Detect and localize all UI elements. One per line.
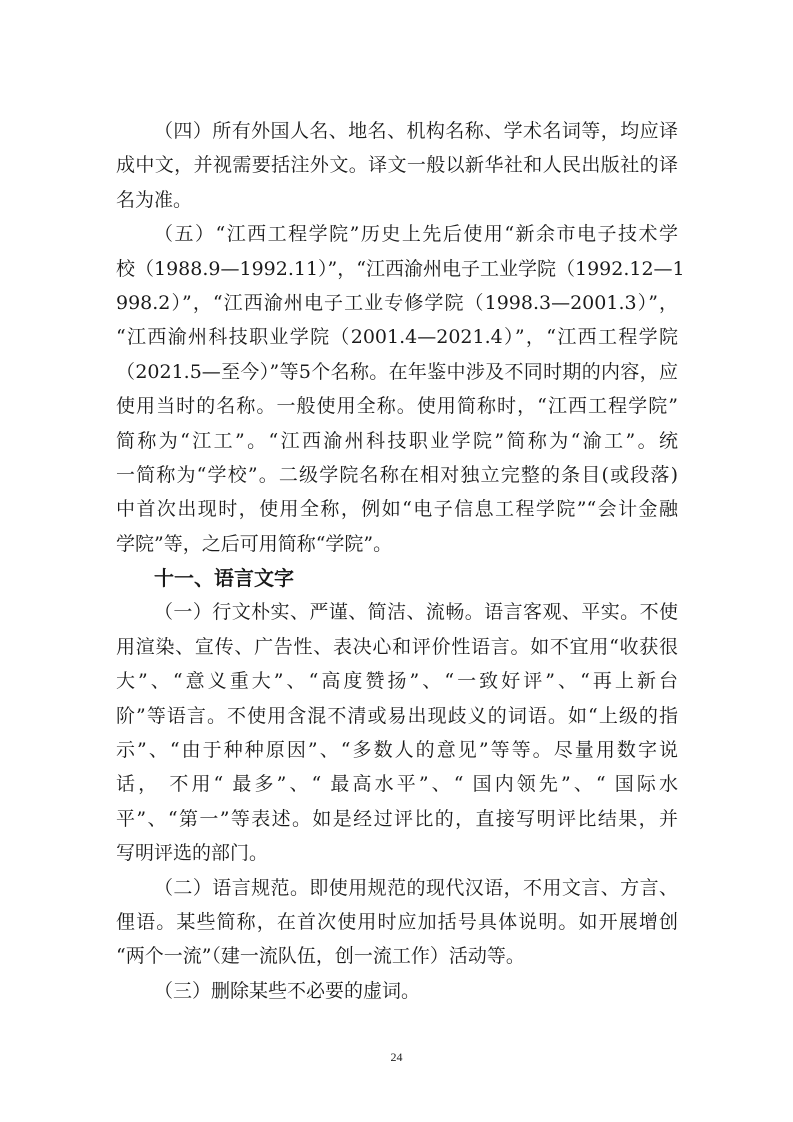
paragraph-line: 中首次出现时，使用全称，例如“电子信息工程学院”“会计金融 <box>116 492 678 526</box>
paragraph-line: 使用当时的名称。一般使用全称。使用简称时，“江西工程学院” <box>116 389 678 423</box>
page-number: 24 <box>0 1050 793 1065</box>
paragraph-line: 用渲染、宣传、广告性、表决心和评价性语言。如不宜用“收获很 <box>116 630 678 664</box>
paragraph-line: 话， 不用“ 最多”、“ 最高水平”、“ 国内领先”、“ 国际水 <box>116 767 678 801</box>
paragraph-line: 学院”等，之后可用简称“学院”。 <box>116 527 678 561</box>
paragraph-line: （三）删除某些不必要的虚词。 <box>116 974 678 1008</box>
paragraph-line: 示”、“由于种种原因”、“多数人的意见”等等。尽量用数字说 <box>116 733 678 767</box>
paragraph-line: 校（1988.9—1992.11）”，“江西渝州电子工业学院（1992.12—1 <box>116 252 678 286</box>
paragraph-line: 成中文，并视需要括注外文。译文一般以新华社和人民出版社的译 <box>116 148 678 182</box>
paragraph-line: 名为准。 <box>116 183 678 217</box>
paragraph-line: 阶”等语言。不使用含混不清或易出现歧义的词语。如“上级的指 <box>116 699 678 733</box>
document-page: （四）所有外国人名、地名、机构名称、学术名词等，均应译 成中文，并视需要括注外文… <box>116 114 678 1008</box>
paragraph-line: （一）行文朴实、严谨、简洁、流畅。语言客观、平实。不使 <box>116 595 678 629</box>
paragraph-line: 平”、“第一”等表述。如是经过评比的，直接写明评比结果，并 <box>116 802 678 836</box>
paragraph-line: 998.2）”，“江西渝州电子工业专修学院（1998.3—2001.3）”， <box>116 286 678 320</box>
paragraph-line: 写明评选的部门。 <box>116 836 678 870</box>
paragraph-line: （四）所有外国人名、地名、机构名称、学术名词等，均应译 <box>116 114 678 148</box>
section-heading: 十一、语言文字 <box>116 561 678 595</box>
paragraph-line: “两个一流”（建一流队伍，创一流工作）活动等。 <box>116 939 678 973</box>
paragraph-line: 大”、“意义重大”、“高度赞扬”、“一致好评”、“再上新台 <box>116 664 678 698</box>
paragraph-line: 俚语。某些简称，在首次使用时应加括号具体说明。如开展增创 <box>116 905 678 939</box>
paragraph-line: （二）语言规范。即使用规范的现代汉语，不用文言、方言、 <box>116 871 678 905</box>
paragraph-line: 一简称为“学校”。二级学院名称在相对独立完整的条目(或段落) <box>116 458 678 492</box>
paragraph-line: 简称为“江工”。“江西渝州科技职业学院”简称为“渝工”。统 <box>116 424 678 458</box>
paragraph-line: （2021.5—至今）”等5个名称。在年鉴中涉及不同时期的内容，应 <box>116 355 678 389</box>
paragraph-line: “江西渝州科技职业学院（2001.4—2021.4）”，“江西工程学院 <box>116 320 678 354</box>
paragraph-line: （五）“江西工程学院”历史上先后使用“新余市电子技术学 <box>116 217 678 251</box>
